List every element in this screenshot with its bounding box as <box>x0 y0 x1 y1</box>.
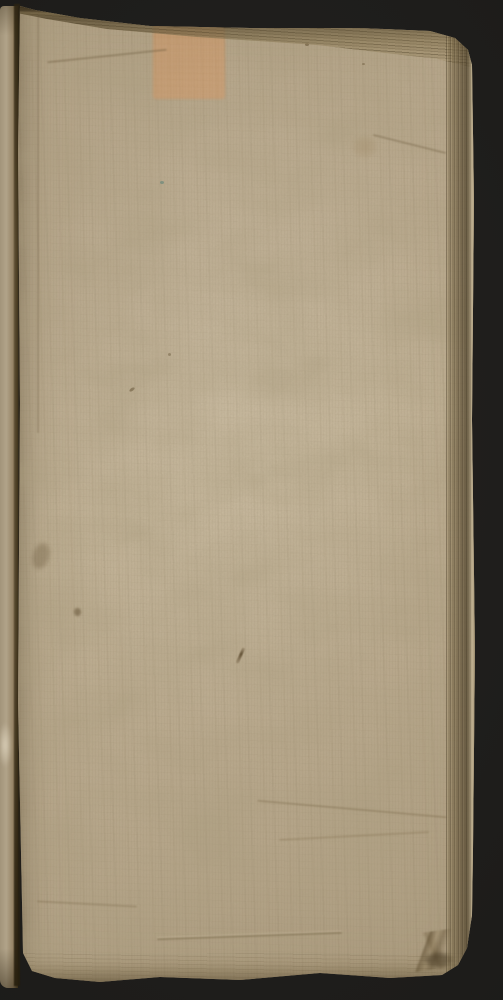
book-scan <box>0 0 503 1000</box>
paper-vignette <box>17 3 479 985</box>
paper-flaw-patch <box>0 722 12 768</box>
book-page <box>17 3 479 985</box>
